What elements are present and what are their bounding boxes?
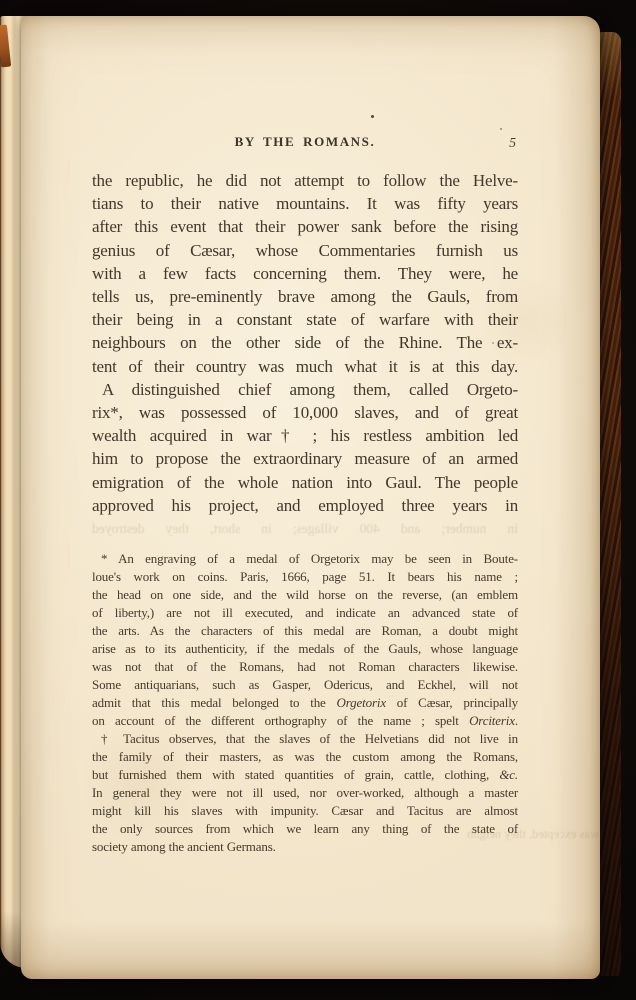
paper-speck [371, 115, 374, 118]
text-line: neighbours on the other side of the Rhin… [92, 331, 518, 354]
text-line: society among the ancient Germans. [92, 838, 518, 856]
book-photo: BY THE ROMANS. 5 the republic, he did no… [0, 0, 636, 1000]
text-line: * An engraving of a medal of Orgetorix m… [92, 550, 518, 568]
text-line: but furnished them with stated quantitie… [92, 766, 518, 784]
page-number: 5 [509, 134, 516, 152]
text-line: † Tacitus observes, that the slaves of t… [92, 730, 518, 748]
text-line: approved his project, and employed three… [92, 494, 518, 517]
text-line: arise as to its authenticity, if the med… [92, 640, 518, 658]
text-line: their being in a constant state of warfa… [92, 308, 518, 331]
text-line: loue's work on coins. Paris, 1666, page … [92, 568, 518, 586]
text-line: with a few facts concerning them. They w… [92, 262, 518, 285]
text-line: In general they were not ill used, nor o… [92, 784, 518, 802]
footnote-asterisk: * An engraving of a medal of Orgetorix m… [92, 550, 518, 730]
text-line: him to propose the extraordinary measure… [92, 447, 518, 470]
text-line: tians to their native mountains. It was … [92, 192, 518, 215]
page-header: BY THE ROMANS. 5 [92, 133, 518, 151]
text-line: the only sources from which we learn any… [92, 820, 518, 838]
text-line: was not that of the Romans, had not Roma… [92, 658, 518, 676]
text-line: the republic, he did not attempt to foll… [92, 169, 518, 192]
paragraph-2: A distinguished chief among them, called… [92, 378, 518, 517]
text-line: admit that this medal belonged to the Or… [92, 694, 518, 712]
footnotes: * An engraving of a medal of Orgetorix m… [92, 550, 518, 856]
text-line: tells us, pre-eminently brave among the … [92, 285, 518, 308]
paragraph-1: the republic, he did not attempt to foll… [92, 169, 518, 378]
text-line: on account of the different orthography … [92, 712, 518, 730]
show-through-text: in number; and 400 villages; in short, t… [92, 521, 518, 537]
text-line: A distinguished chief among them, called… [92, 378, 518, 401]
text-line: genius of Cæsar, whose Commentaries furn… [92, 239, 518, 262]
footnote-dagger: † Tacitus observes, that the slaves of t… [92, 730, 518, 856]
running-head: BY THE ROMANS. [92, 133, 518, 151]
body-text: the republic, he did not attempt to foll… [92, 169, 518, 517]
text-line: rix*, was possessed of 10,000 slaves, an… [92, 401, 518, 424]
text-line: of liberty,) are not ill executed, and i… [92, 604, 518, 622]
text-line: the head on one side, and the wild horse… [92, 586, 518, 604]
text-line: might kill his slaves with impunity. Cæs… [92, 802, 518, 820]
text-line: Some antiquarians, such as Gasper, Oderi… [92, 676, 518, 694]
text-line: wealth acquired in war† ; his restless a… [92, 424, 518, 447]
paper-speck [492, 342, 494, 344]
text-line: after this event that their power sank b… [92, 215, 518, 238]
book-page: BY THE ROMANS. 5 the republic, he did no… [21, 16, 600, 979]
paper-speck [500, 128, 502, 130]
text-line: emigration of the whole nation into Gaul… [92, 471, 518, 494]
text-line: the arts. As the characters of this meda… [92, 622, 518, 640]
text-line: tent of their country was much what it i… [92, 355, 518, 378]
text-line: the family of their masters, as was the … [92, 748, 518, 766]
